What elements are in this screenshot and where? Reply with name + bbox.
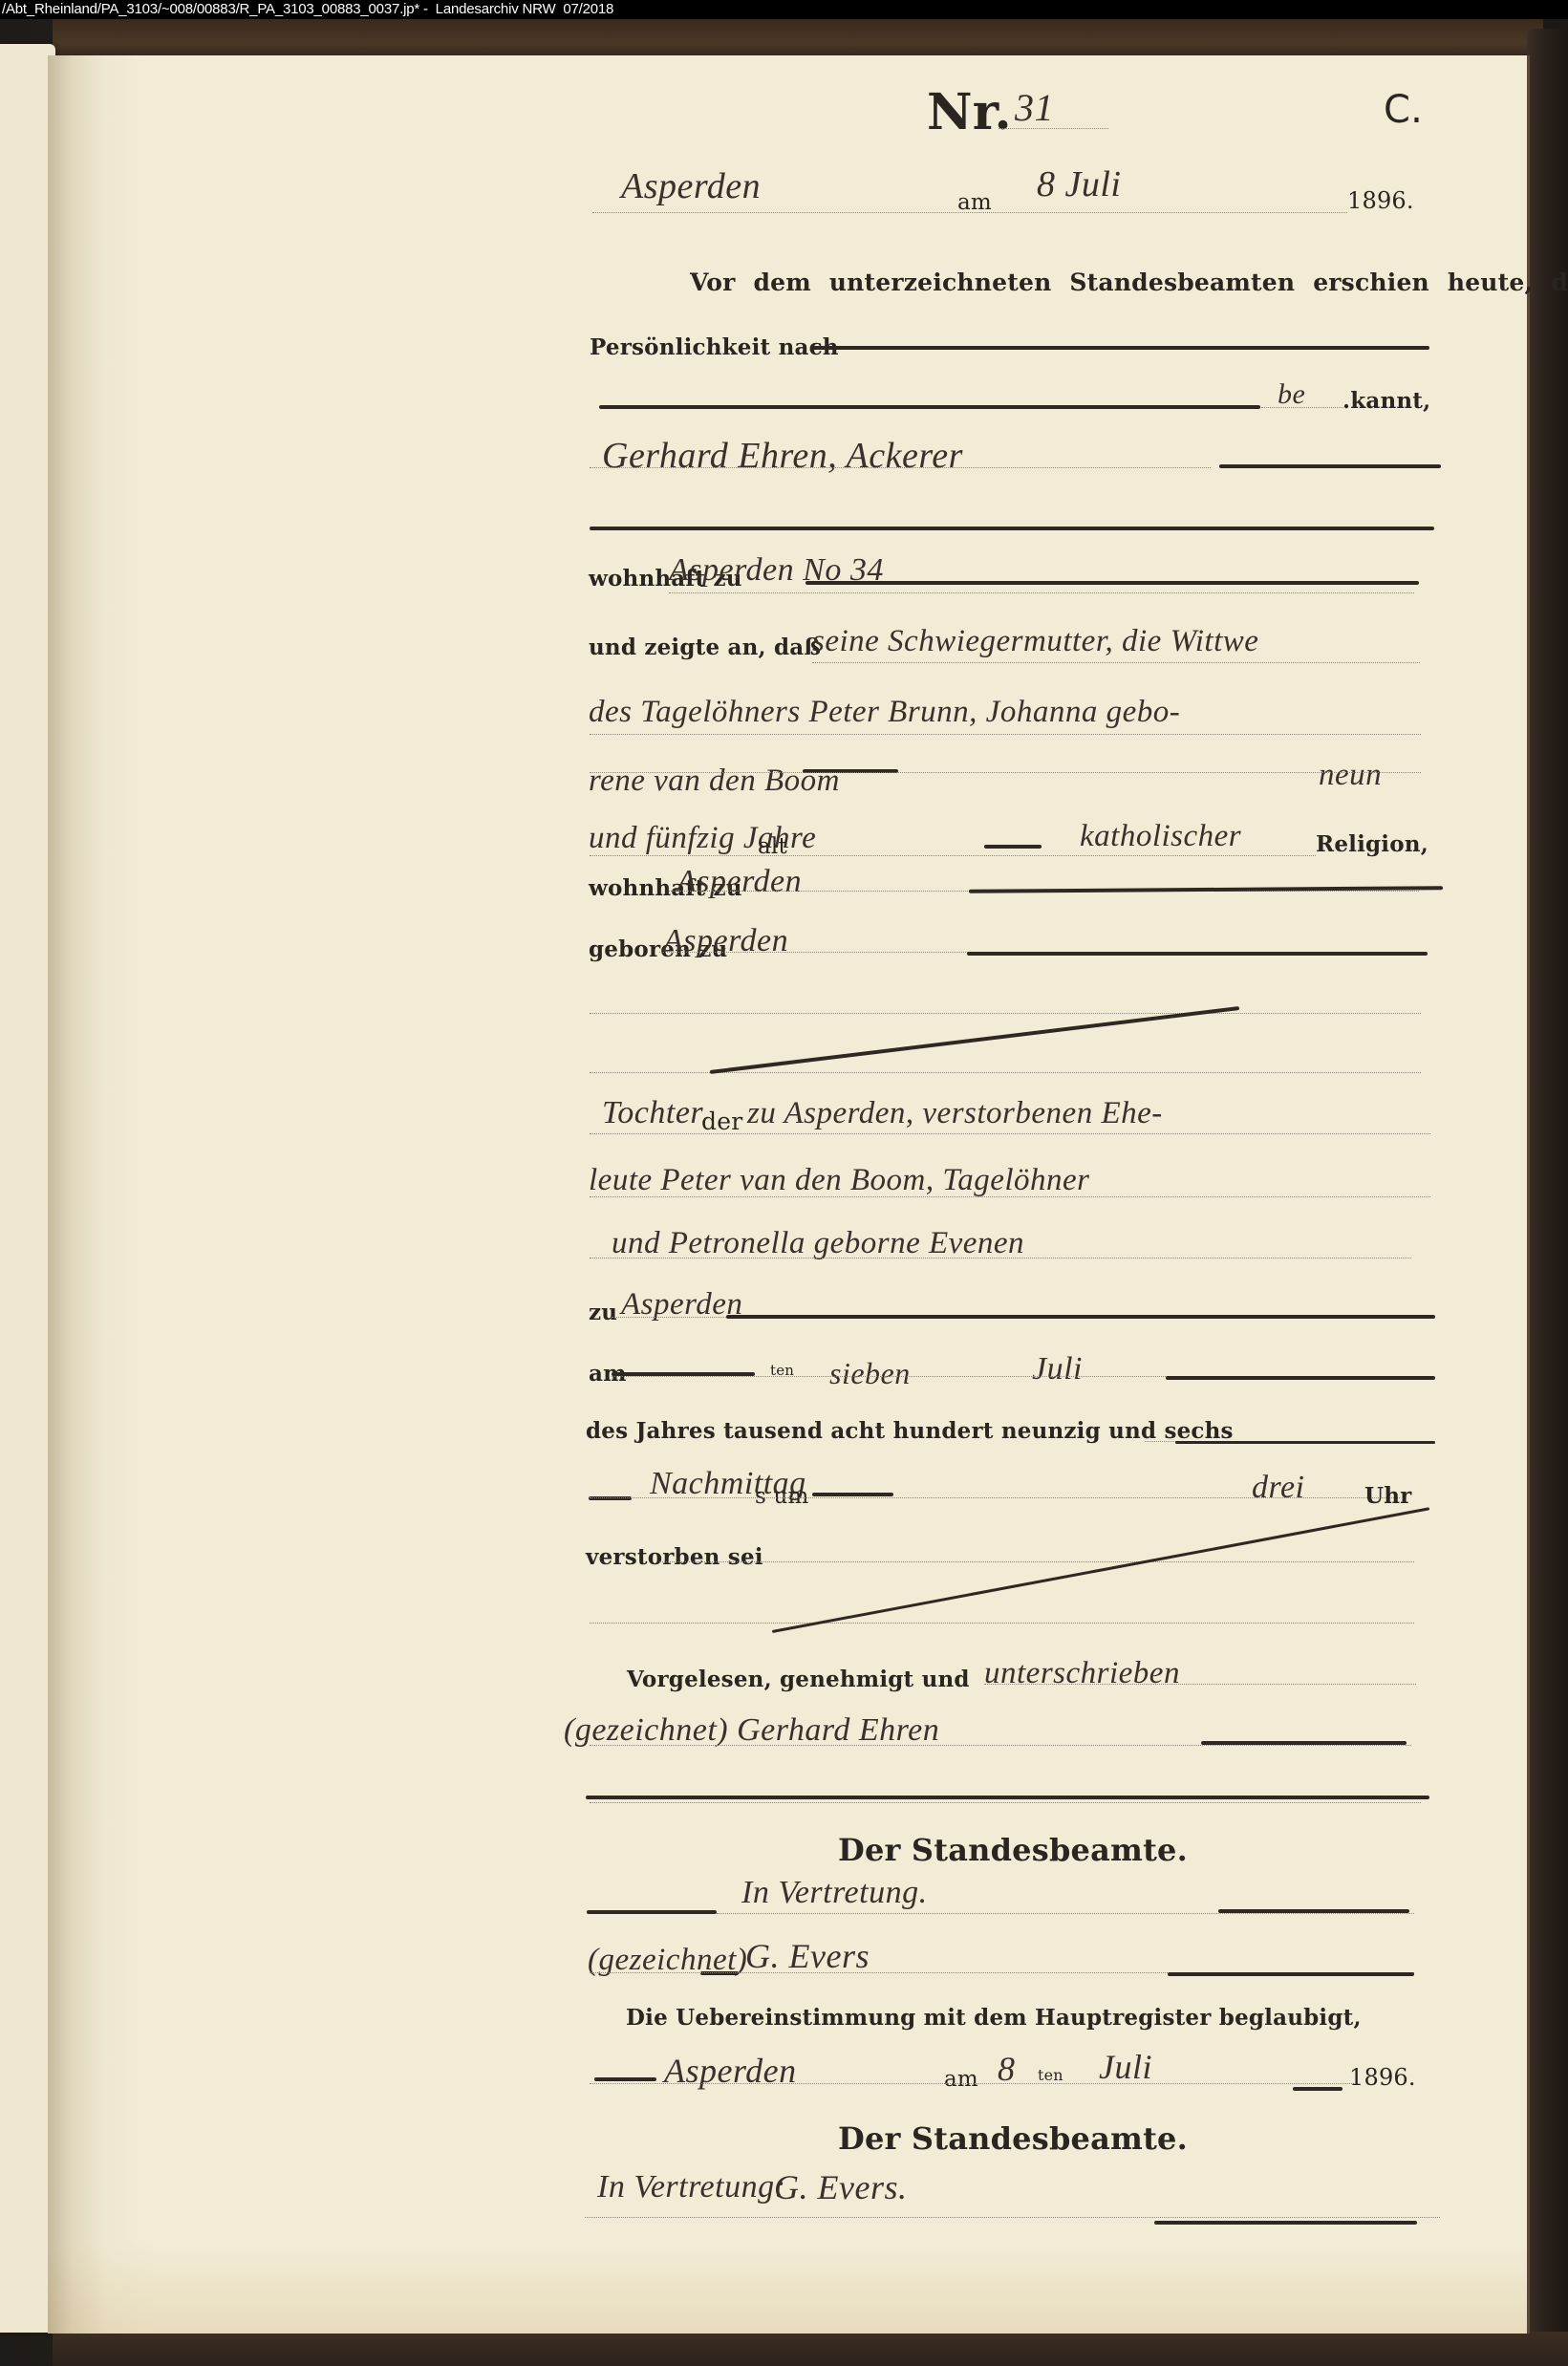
blank-stroke bbox=[594, 2077, 656, 2081]
announcement-label: und zeigte an, daß bbox=[589, 635, 821, 661]
registration-date: 8 Juli bbox=[1037, 168, 1121, 201]
certification-day: 8 bbox=[998, 2053, 1016, 2085]
rule bbox=[788, 1497, 1400, 1498]
intro-line: Vor dem unterzeichneten Standesbeamten e… bbox=[690, 269, 1568, 296]
rule bbox=[590, 2083, 1354, 2084]
certification-signature: G. Evers. bbox=[774, 2171, 907, 2204]
date-rule bbox=[592, 212, 1347, 213]
window-title-bar: /Abt_Rheinland/PA_3103/~008/00883/R_PA_3… bbox=[0, 0, 1568, 19]
religion-value: katholischer bbox=[1080, 820, 1241, 852]
blank-stroke bbox=[1219, 464, 1441, 468]
death-hour: drei bbox=[1252, 1472, 1305, 1504]
der-label: der bbox=[701, 1108, 742, 1135]
rule bbox=[812, 662, 1420, 663]
blank-stroke bbox=[726, 1315, 1435, 1319]
deceased-residence: Asperden bbox=[677, 866, 802, 898]
rule bbox=[590, 1623, 1414, 1624]
blank-stroke bbox=[1293, 2087, 1342, 2091]
registration-year: 1896. bbox=[1347, 187, 1414, 214]
rule bbox=[590, 1013, 1421, 1014]
blank-stroke bbox=[590, 527, 1434, 530]
parents-line-2: leute Peter van den Boom, Tagelöhner bbox=[589, 1164, 1090, 1196]
blank-stroke bbox=[1201, 1741, 1407, 1745]
book-cover-right bbox=[1527, 29, 1568, 2341]
official-signature-name: G. Evers bbox=[745, 1940, 870, 1972]
blank-stroke bbox=[812, 1493, 893, 1496]
announcement-line-1: seine Schwiegermutter, die Wittwe bbox=[812, 625, 1258, 657]
rule bbox=[590, 467, 1211, 468]
blank-stroke bbox=[805, 581, 1419, 585]
rule bbox=[590, 772, 1421, 773]
record-number-value: 31 bbox=[1015, 92, 1054, 124]
certification-am-label: am bbox=[944, 2066, 978, 2093]
certification-year: 1896. bbox=[1349, 2064, 1416, 2091]
death-year-text: des Jahres tausend acht hundert neunzig … bbox=[586, 1418, 1234, 1445]
rule bbox=[669, 592, 1414, 593]
registration-place: Asperden bbox=[621, 170, 761, 203]
blank-stroke bbox=[1175, 1441, 1435, 1444]
persoenlichkeit-label: Persönlichkeit nach bbox=[590, 334, 839, 361]
series-mark: C. bbox=[1384, 86, 1423, 134]
death-day: sieben bbox=[829, 1357, 911, 1389]
rule bbox=[590, 734, 1421, 735]
parents-place: Asperden bbox=[621, 1288, 742, 1321]
parents-zu-label: zu bbox=[589, 1300, 617, 1326]
blank-stroke bbox=[984, 845, 1042, 849]
certification-heading: Der Standesbeamte. bbox=[838, 2119, 1188, 2158]
blank-stroke bbox=[1168, 1972, 1414, 1976]
deputy-note: In Vertretung. bbox=[741, 1877, 928, 1909]
blank-stroke bbox=[812, 346, 1429, 350]
blank-stroke bbox=[1166, 1376, 1435, 1380]
declarant-signature: (gezeichnet) Gerhard Ehren bbox=[564, 1714, 939, 1747]
bekannt-prefix: be bbox=[1278, 378, 1305, 411]
blank-stroke bbox=[587, 1910, 717, 1914]
rule bbox=[590, 1258, 1411, 1258]
parents-line-1: zu Asperden, verstorbenen Ehe- bbox=[747, 1097, 1163, 1129]
blank-stroke bbox=[586, 1796, 1429, 1799]
certification-day-suffix: ten bbox=[1038, 2062, 1063, 2089]
rule bbox=[659, 1561, 1414, 1562]
record-number-label: Nr. bbox=[927, 84, 1012, 141]
religion-label: Religion, bbox=[1316, 831, 1428, 858]
blank-stroke bbox=[1218, 1909, 1409, 1913]
rule bbox=[585, 2217, 1440, 2218]
rule bbox=[590, 1745, 1411, 1746]
bekannt-label: .kannt, bbox=[1342, 388, 1430, 415]
book-cover-top bbox=[53, 19, 1543, 59]
rule bbox=[590, 1133, 1430, 1134]
parents-line-3: und Petronella geborne Evenen bbox=[612, 1227, 1024, 1259]
certification-text: Die Uebereinstimmung mit dem Hauptregist… bbox=[626, 2005, 1362, 2032]
announcement-line-2: des Tagelöhners Peter Brunn, Johanna geb… bbox=[589, 696, 1180, 728]
certification-deputy-note: In Vertretung: bbox=[597, 2171, 785, 2204]
rule bbox=[590, 855, 1316, 856]
death-day-suffix: ten bbox=[770, 1357, 794, 1384]
rule bbox=[717, 1913, 1414, 1914]
rule bbox=[590, 1802, 1421, 1803]
uhr-label: Uhr bbox=[1364, 1483, 1412, 1510]
certification-place: Asperden bbox=[664, 2054, 797, 2087]
number-rule bbox=[999, 128, 1108, 129]
died-label: verstorben sei bbox=[586, 1544, 763, 1571]
death-month: Juli bbox=[1032, 1353, 1083, 1386]
blank-stroke bbox=[599, 405, 1260, 409]
rule bbox=[984, 1684, 1416, 1685]
relation-prefix: Tochter bbox=[602, 1097, 703, 1129]
approval-label: Vorgelesen, genehmigt und bbox=[627, 1667, 970, 1693]
rule bbox=[590, 1196, 1430, 1197]
official-heading: Der Standesbeamte. bbox=[838, 1831, 1188, 1869]
age-part-1: neun bbox=[1319, 759, 1382, 791]
daytime-suffix: s um bbox=[755, 1483, 809, 1510]
blank-stroke bbox=[1154, 2221, 1417, 2225]
book-cover-bottom bbox=[53, 2332, 1568, 2366]
certification-month: Juli bbox=[1099, 2051, 1152, 2083]
blank-stroke bbox=[967, 952, 1428, 956]
